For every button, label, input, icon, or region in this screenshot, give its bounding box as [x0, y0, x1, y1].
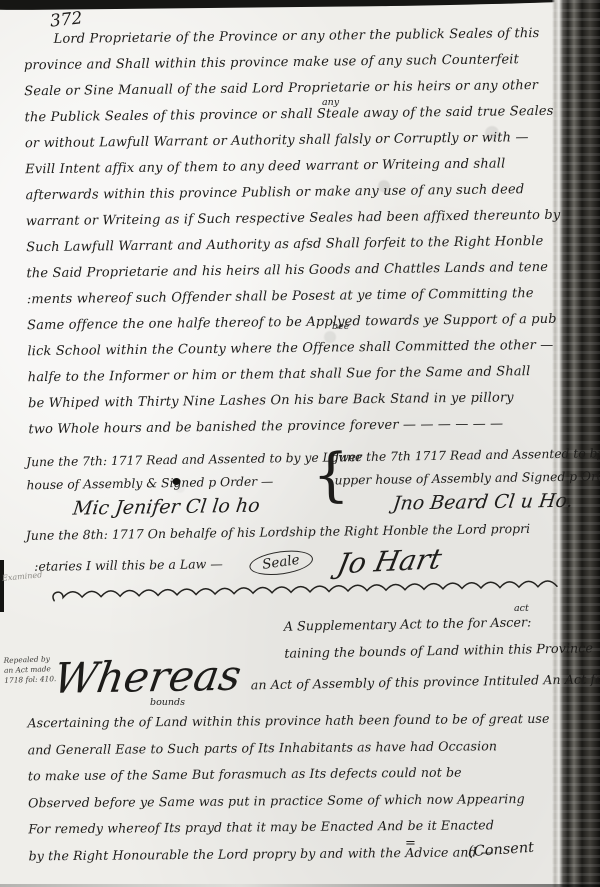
upper-house-attestation: June the 7th 1717 Read and Assented to b… — [334, 442, 600, 517]
interlinear-insertion: any — [322, 97, 339, 108]
scan-left-edge-mark — [0, 560, 4, 612]
interlinear-insertion: bounds — [150, 697, 185, 708]
margin-note-line: 1718 fol: 410. — [4, 674, 56, 686]
attestation-line: upper house of Assembly and Signed p Ord… — [334, 465, 600, 493]
ink-blot — [172, 478, 180, 485]
manuscript-line: two Whole hours and be banished the prov… — [28, 411, 563, 444]
manuscript-line: and Generall Ease to Such parts of Its I… — [28, 732, 568, 763]
margin-note-repealed: Repealed by an Act made 1718 fol: 410. — [3, 654, 56, 686]
double-dash-mark: = — [405, 836, 416, 851]
seal-mark: Seale — [248, 547, 314, 578]
whereas-opening: Whereas an Act of Assembly of this provi… — [54, 645, 600, 703]
interlinear-insertion: bee — [332, 321, 349, 332]
interlinear-insertion: act — [514, 603, 529, 614]
scan-top-edge — [0, 0, 600, 10]
manuscript-line: an Act of Assembly of this province Inti… — [251, 671, 600, 692]
whereas-initial-word: Whereas — [50, 652, 244, 703]
clerk-signature-upper-house: Jno Beard Cl u Ho. — [391, 489, 600, 516]
manuscript-line: For remedy whereof Its prayd that it may… — [28, 812, 568, 843]
attestation-block: June the 7th: 1717 Read and Assented to … — [26, 443, 576, 452]
manuscript-page: 372 Lord Proprietarie of the Province or… — [0, 0, 600, 887]
governor-assent-block: June the 8th: 1717 On behalfe of his Lor… — [26, 516, 587, 583]
manuscript-line: Ascertaining the of Land within this pro… — [27, 706, 567, 737]
assent-line: :etaries I will this be a Law — — [34, 556, 223, 574]
governor-signature: Jo Hart — [335, 542, 445, 580]
act-text-block: Lord Proprietarie of the Province or any… — [23, 21, 563, 444]
